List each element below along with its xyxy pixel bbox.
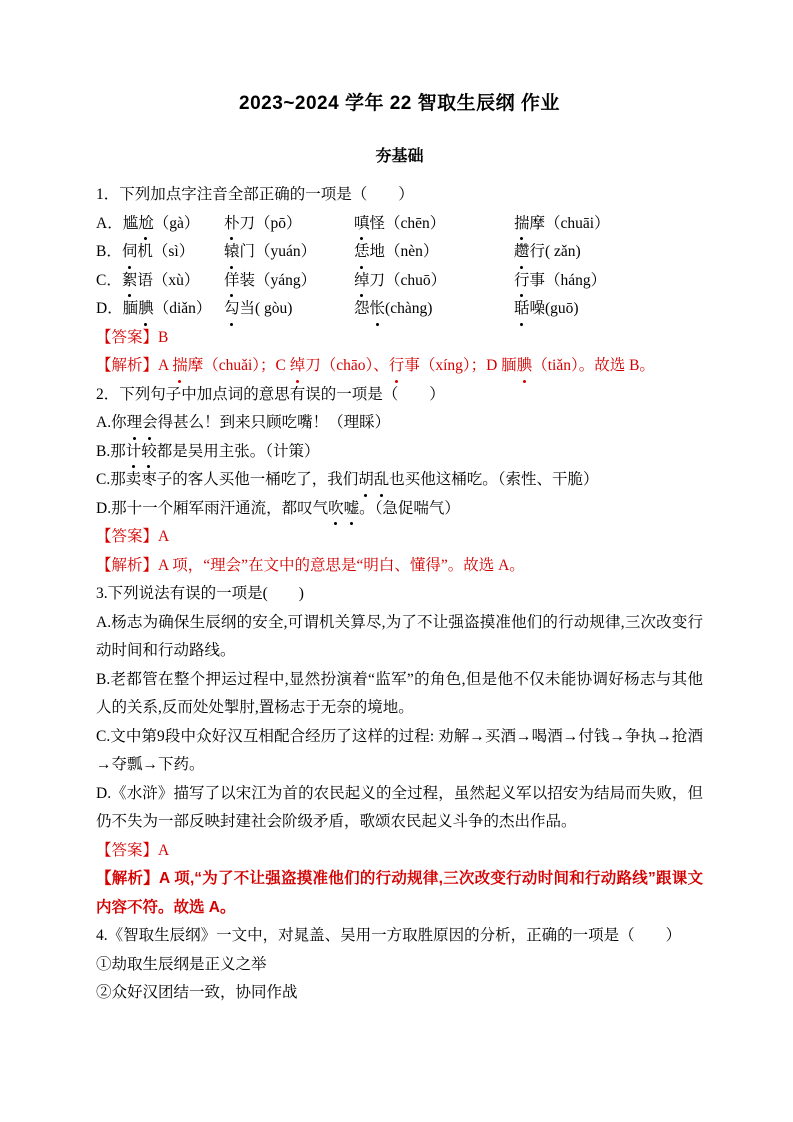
emphasis-dot-char: 伺: [122, 238, 138, 267]
emphasis-dot-char: 腆: [138, 295, 154, 324]
emphasis-dot-char: 腆: [517, 352, 533, 381]
q2-answer: 【答案】A: [96, 523, 703, 552]
q4-item-2: ②众好汉团结一致，协同作战: [96, 979, 703, 1008]
doc-title: 2023~2024 学年 22 智取生辰纲 作业: [96, 92, 703, 116]
q2-option-a: A.你理会得甚么！到来只顾吃嘴！（理睬）: [96, 409, 703, 438]
emphasis-dot-char: 尬: [138, 210, 154, 239]
q1-answer: 【答案】B: [96, 324, 703, 353]
q2-stem: 2．下列句子中加点词的意思有误的一项是（ ）: [96, 381, 703, 410]
q1-option-b-col4: 趱行( zǎn): [514, 238, 703, 267]
document-page: 2023~2024 学年 22 智取生辰纲 作业 夯基础 1．下列加点字注音全部…: [0, 0, 793, 1122]
emphasis-dot-char: 乱: [374, 466, 390, 495]
emphasis-dot-char: 聒: [514, 295, 530, 324]
q2-option-b: B.那计较都是吴用主张。（计策）: [96, 438, 703, 467]
q1-option-a: A．尴尬（gà）朴刀（pō）嗔怪（chēn）揣摩（chuāi）: [96, 210, 703, 239]
q3-analysis: 【解析】A 项,“为了不让强盗摸准他们的行动规律,三次改变行动时间和行动路线”跟…: [96, 865, 703, 922]
emphasis-dot-char: 吹: [328, 495, 344, 524]
emphasis-dot-char: 嘘: [344, 495, 360, 524]
q1-option-c-col1: C．絮语（xù）: [96, 267, 224, 296]
q1-option-b-col2: 辕门（yuán）: [224, 238, 354, 267]
section-heading: 夯基础: [96, 147, 703, 167]
q1-option-c-col2: 佯装（yáng）: [224, 267, 354, 296]
q3-option-b: B.老都管在整个押运过程中,显然扮演着“监军”的角色,但是他不仅未能协调好杨志与…: [96, 666, 703, 723]
emphasis-dot-char: 揣: [172, 352, 188, 381]
q1-option-d-col2: 勾当( gòu): [224, 295, 354, 324]
q3-answer: 【答案】A: [96, 837, 703, 866]
q2-option-d: D.那十一个厢军雨汗通流，都叹气吹嘘。（急促喘气）: [96, 495, 703, 524]
q1-option-a-col1: A．尴尬（gà）: [96, 210, 224, 239]
emphasis-dot-char: 胡: [358, 466, 374, 495]
emphasis-dot-char: 怅: [370, 295, 386, 324]
q1-option-d-col1: D．腼腆（diǎn）: [96, 295, 224, 324]
emphasis-dot-char: 佯: [224, 267, 240, 296]
q2-analysis: 【解析】A 项，“理会”在文中的意思是“明白、懂得”。故选 A。: [96, 552, 703, 581]
emphasis-dot-char: 较: [141, 438, 157, 467]
q3-option-d: D.《水浒》描写了以宋江为首的农民起义的全过程，虽然起义军以招安为结局而失败，但…: [96, 780, 703, 837]
q1-option-b-col3: 恁地（nèn）: [354, 238, 514, 267]
emphasis-dot-char: 会: [142, 409, 158, 438]
q1-option-c-col4: 行事（háng）: [514, 267, 703, 296]
emphasis-dot-char: 绰: [290, 352, 306, 381]
q1-option-d: D．腼腆（diǎn）勾当( gòu)怨怅(chàng)聒噪(guō): [96, 295, 703, 324]
q1-option-d-col4: 聒噪(guō): [514, 295, 703, 324]
emphasis-dot-char: 行: [389, 352, 405, 381]
q1-stem: 1．下列加点字注音全部正确的一项是（ ）: [96, 181, 703, 210]
emphasis-dot-char: 辕: [224, 238, 240, 267]
q4-item-1: ①劫取生辰纲是正义之举: [96, 951, 703, 980]
emphasis-dot-char: 勾: [224, 295, 240, 324]
q3-option-c: C.文中第9段中众好汉互相配合经历了这样的过程: 劝解→买酒→喝酒→付钱→争执→…: [96, 723, 703, 780]
q1-option-b: B．伺机（sì）辕门（yuán）恁地（nèn）趱行( zǎn): [96, 238, 703, 267]
q1-option-a-col2: 朴刀（pō）: [224, 210, 354, 239]
emphasis-dot-char: 恁: [354, 238, 370, 267]
emphasis-dot-char: 行: [514, 267, 530, 296]
q1-analysis: 【解析】A 揣摩（chuǎi）；C 绰刀（chāo）、行事（xíng）；D 腼腆…: [96, 352, 703, 381]
emphasis-dot-char: 趱: [514, 238, 530, 267]
q1-option-c: C．絮语（xù）佯装（yáng）绰刀（chuō）行事（háng）: [96, 267, 703, 296]
q4-stem: 4.《智取生辰纲》一文中，对晁盖、吴用一方取胜原因的分析，正确的一项是（ ）: [96, 922, 703, 951]
q1-option-b-col1: B．伺机（sì）: [96, 238, 224, 267]
emphasis-dot-char: 嗔: [354, 210, 370, 239]
q1-option-a-col3: 嗔怪（chēn）: [354, 210, 514, 239]
q3-option-a: A.杨志为确保生辰纲的安全,可谓机关算尽,为了不让强盗摸准他们的行动规律,三次改…: [96, 609, 703, 666]
emphasis-dot-char: 理: [127, 409, 143, 438]
emphasis-dot-char: 计: [126, 438, 142, 467]
emphasis-dot-char: 绰: [354, 267, 370, 296]
emphasis-dot-char: 朴: [224, 210, 240, 239]
q3-stem: 3.下列说法有误的一项是( ): [96, 580, 703, 609]
q1-option-a-col4: 揣摩（chuāi）: [514, 210, 703, 239]
emphasis-dot-char: 絮: [122, 267, 138, 296]
q1-option-d-col3: 怨怅(chàng): [354, 295, 514, 324]
q1-option-c-col3: 绰刀（chuō）: [354, 267, 514, 296]
document-body: 1．下列加点字注音全部正确的一项是（ ）A．尴尬（gà）朴刀（pō）嗔怪（chē…: [96, 181, 703, 1008]
emphasis-dot-char: 揣: [514, 210, 530, 239]
q2-option-c: C.那卖枣子的客人买他一桶吃了，我们胡乱也买他这桶吃。（索性、干脆）: [96, 466, 703, 495]
